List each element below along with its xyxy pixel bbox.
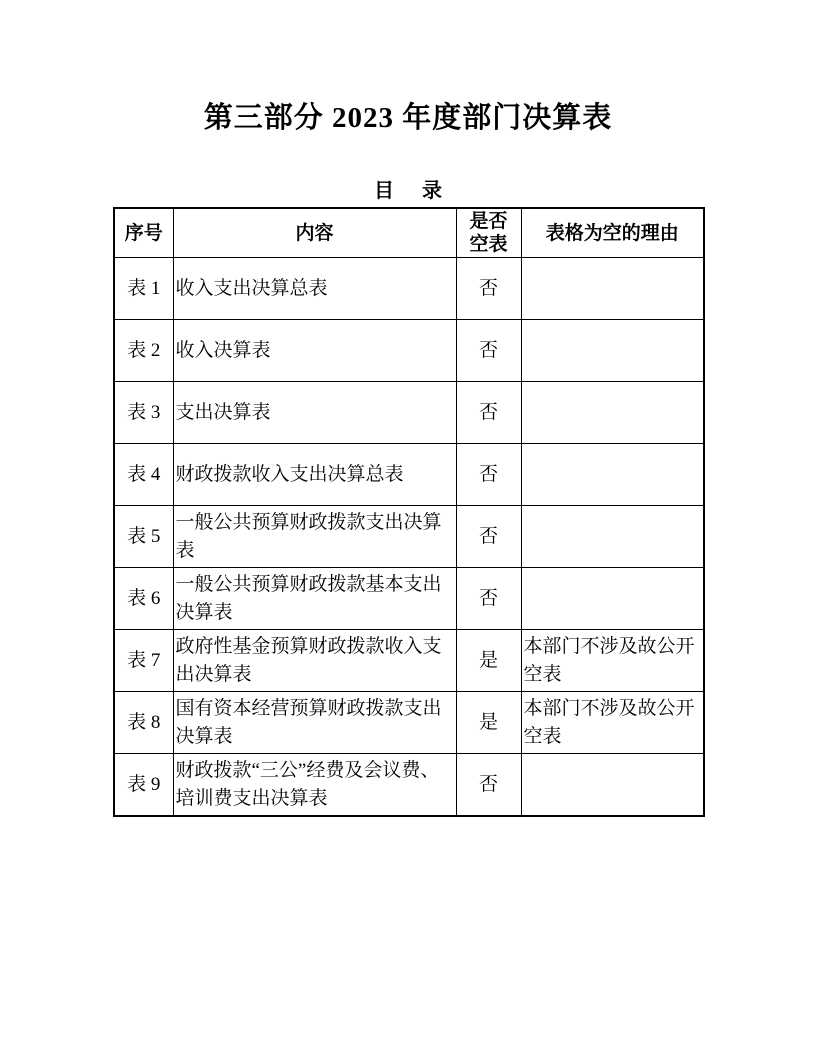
table-row: 表 2 收入决算表 否 <box>114 320 704 382</box>
row-reason-cell <box>521 506 704 568</box>
row-reason-cell <box>521 258 704 320</box>
row-is-empty-cell: 否 <box>456 320 521 382</box>
row-is-empty-cell: 否 <box>456 506 521 568</box>
row-no-cell: 表 5 <box>114 506 173 568</box>
row-no-cell: 表 4 <box>114 444 173 506</box>
row-is-empty-cell: 是 <box>456 630 521 692</box>
row-is-empty-cell: 否 <box>456 568 521 630</box>
row-content-cell: 国有资本经营预算财政拨款支出决算表 <box>173 692 456 754</box>
row-content-cell: 收入支出决算总表 <box>173 258 456 320</box>
row-content-cell: 一般公共预算财政拨款支出决算表 <box>173 506 456 568</box>
table-row: 表 6 一般公共预算财政拨款基本支出决算表 否 <box>114 568 704 630</box>
table-row: 表 5 一般公共预算财政拨款支出决算表 否 <box>114 506 704 568</box>
row-reason-cell <box>521 320 704 382</box>
row-reason-cell <box>521 754 704 817</box>
row-content-cell: 支出决算表 <box>173 382 456 444</box>
column-header-is-empty-label: 是否空表 <box>468 210 510 256</box>
row-no-cell: 表 8 <box>114 692 173 754</box>
row-no-cell: 表 7 <box>114 630 173 692</box>
row-is-empty-cell: 否 <box>456 754 521 817</box>
table-row: 表 9 财政拨款“三公”经费及会议费、培训费支出决算表 否 <box>114 754 704 817</box>
row-content-cell: 一般公共预算财政拨款基本支出决算表 <box>173 568 456 630</box>
column-header-reason: 表格为空的理由 <box>521 208 704 258</box>
contents-table: 序号 内容 是否空表 表格为空的理由 表 1 收入支出决算总表 否 表 2 收入… <box>113 207 705 817</box>
row-reason-cell: 本部门不涉及故公开空表 <box>521 692 704 754</box>
row-is-empty-cell: 否 <box>456 444 521 506</box>
table-row: 表 8 国有资本经营预算财政拨款支出决算表 是 本部门不涉及故公开空表 <box>114 692 704 754</box>
row-is-empty-cell: 否 <box>456 258 521 320</box>
row-no-cell: 表 6 <box>114 568 173 630</box>
toc-heading-right: 录 <box>422 180 442 202</box>
row-reason-cell <box>521 382 704 444</box>
toc-heading-left: 目 <box>374 180 394 202</box>
row-no-cell: 表 1 <box>114 258 173 320</box>
document-page: 第三部分 2023 年度部门决算表 目录 序号 内容 是否空表 表格为空的理由 … <box>0 0 816 1056</box>
column-header-content: 内容 <box>173 208 456 258</box>
column-header-is-empty: 是否空表 <box>456 208 521 258</box>
row-content-cell: 政府性基金预算财政拨款收入支出决算表 <box>173 630 456 692</box>
page-title: 第三部分 2023 年度部门决算表 <box>0 95 816 136</box>
row-content-cell: 财政拨款收入支出决算总表 <box>173 444 456 506</box>
table-row: 表 4 财政拨款收入支出决算总表 否 <box>114 444 704 506</box>
table-row: 表 7 政府性基金预算财政拨款收入支出决算表 是 本部门不涉及故公开空表 <box>114 630 704 692</box>
table-row: 表 3 支出决算表 否 <box>114 382 704 444</box>
row-is-empty-cell: 否 <box>456 382 521 444</box>
row-no-cell: 表 3 <box>114 382 173 444</box>
row-is-empty-cell: 是 <box>456 692 521 754</box>
row-content-cell: 财政拨款“三公”经费及会议费、培训费支出决算表 <box>173 754 456 817</box>
row-reason-cell: 本部门不涉及故公开空表 <box>521 630 704 692</box>
toc-heading: 目录 <box>0 174 816 203</box>
row-content-cell: 收入决算表 <box>173 320 456 382</box>
row-reason-cell <box>521 568 704 630</box>
row-no-cell: 表 9 <box>114 754 173 817</box>
row-no-cell: 表 2 <box>114 320 173 382</box>
table-row: 表 1 收入支出决算总表 否 <box>114 258 704 320</box>
row-reason-cell <box>521 444 704 506</box>
header-row: 序号 内容 是否空表 表格为空的理由 <box>114 208 704 258</box>
column-header-no: 序号 <box>114 208 173 258</box>
